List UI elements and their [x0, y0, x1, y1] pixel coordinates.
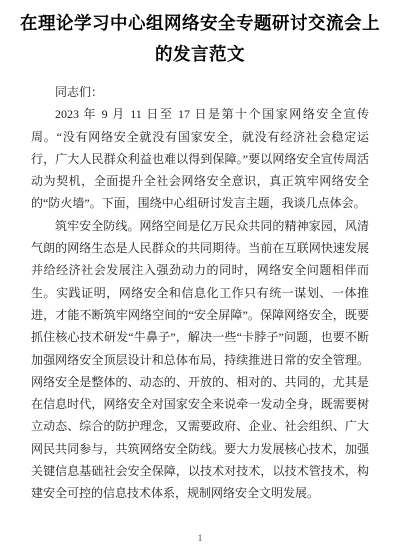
- body-paragraph: 筑牢安全防线。网络空间是亿万民众共同的精神家园，风清气朗的网络生态是人民群众的共…: [31, 215, 369, 505]
- document-title-line-1: 在理论学习中心组网络安全专题研讨交流会上: [12, 8, 388, 39]
- body-paragraph: 2023 年 9 月 11 日至 17 日是第十个国家网络安全宣传周。“没有网络…: [31, 103, 369, 214]
- greeting-line: 同志们：: [31, 81, 369, 103]
- document-body: 同志们： 2023 年 9 月 11 日至 17 日是第十个国家网络安全宣传周。…: [31, 81, 369, 505]
- document-title-line-2: 的发言范文: [12, 39, 388, 70]
- document-page: 在理论学习中心组网络安全专题研讨交流会上 的发言范文 同志们： 2023 年 9…: [0, 0, 400, 550]
- page-number: 1: [0, 533, 400, 543]
- document-title: 在理论学习中心组网络安全专题研讨交流会上 的发言范文: [12, 8, 388, 70]
